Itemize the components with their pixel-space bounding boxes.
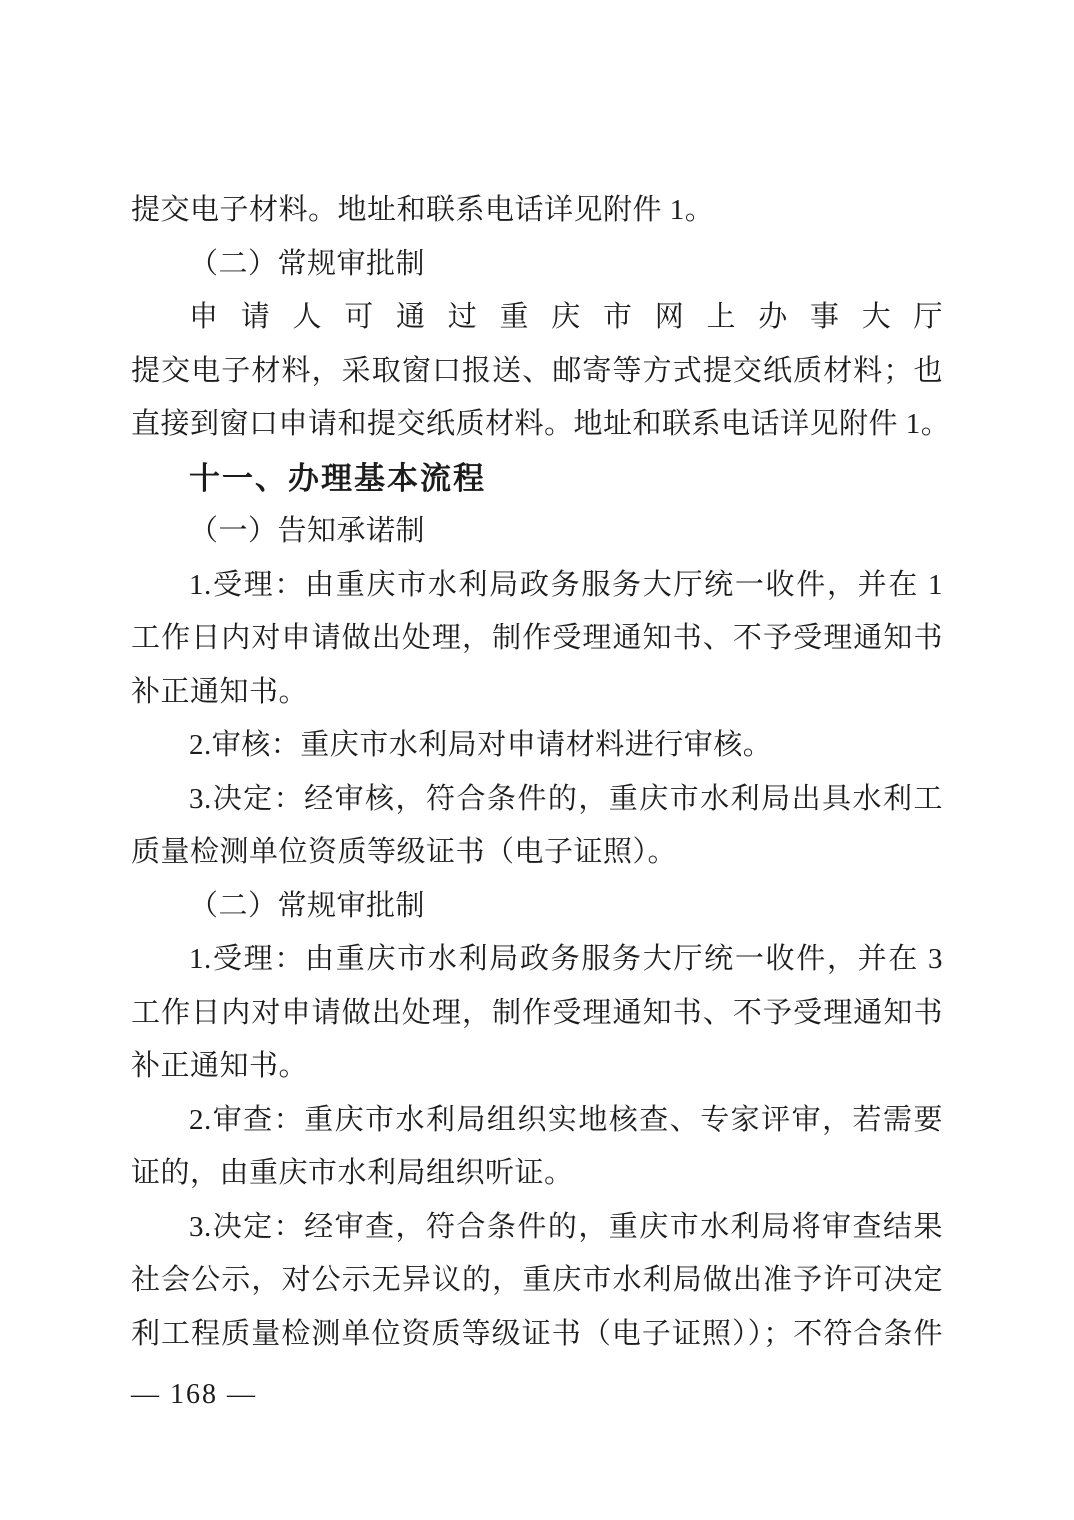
text-line: （一）告知承诺制 [131,505,943,559]
text-line: 利工程质量检测单位资质等级证书（电子证照））；不符合条件 [131,1308,943,1362]
document-body: 提交电子材料。地址和联系电话详见附件 1。（二）常规审批制申请人可通过重庆市网上… [131,184,943,1361]
text-line: 申请人可通过重庆市网上办事大厅（https://zwykb.cq.gov.cn/… [131,291,943,345]
text-line: 质量检测单位资质等级证书（电子证照）。 [131,826,943,880]
text-line: 补正通知书。 [131,666,943,720]
text-line: 1.受理：由重庆市水利局政务服务大厅统一收件，并在 3 个 [131,933,943,987]
page-number: — 168 — [131,1375,943,1415]
text-line: 3.决定：经审核，符合条件的，重庆市水利局出具水利工程 [131,773,943,827]
text-line: 提交电子材料。地址和联系电话详见附件 1。 [131,184,943,238]
text-line: 证的，由重庆市水利局组织听证。 [131,1147,943,1201]
text-line: 直接到窗口申请和提交纸质材料。地址和联系电话详见附件 1。 [131,398,943,452]
text-line: 工作日内对申请做出处理，制作受理通知书、不予受理通知书或 [131,987,943,1041]
text-line: 2.审核：重庆市水利局对申请材料进行审核。 [131,719,943,773]
text-line: 提交电子材料，采取窗口报送、邮寄等方式提交纸质材料；也可 [131,345,943,399]
document-page: 提交电子材料。地址和联系电话详见附件 1。（二）常规审批制申请人可通过重庆市网上… [0,0,1074,1520]
text-line: （二）常规审批制 [131,238,943,292]
text-line: 工作日内对申请做出处理，制作受理通知书、不予受理通知书或 [131,612,943,666]
text-line: 3.决定：经审查，符合条件的，重庆市水利局将审查结果向 [131,1201,943,1255]
text-line: 社会公示，对公示无异议的，重庆市水利局做出准予许可决定（水 [131,1254,943,1308]
text-line: 2.审查：重庆市水利局组织实地核查、专家评审，若需要听 [131,1094,943,1148]
text-line: 1.受理：由重庆市水利局政务服务大厅统一收件，并在 1 个 [131,559,943,613]
text-line: 补正通知书。 [131,1040,943,1094]
section-heading: 十一、办理基本流程 [131,452,943,506]
text-line: （二）常规审批制 [131,880,943,934]
